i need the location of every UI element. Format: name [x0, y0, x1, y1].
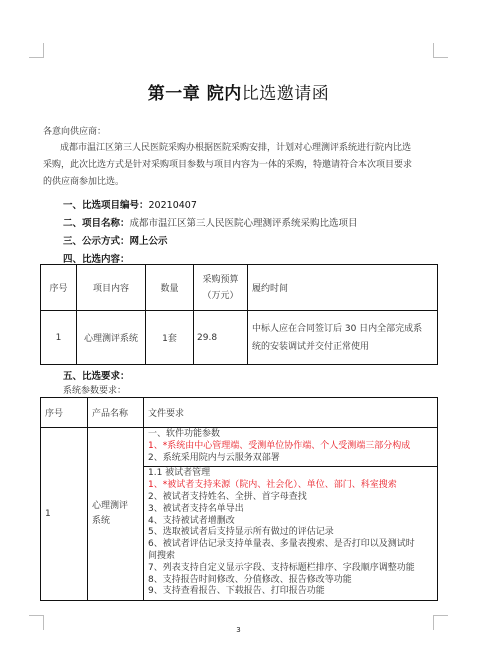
header-index: 序号: [41, 265, 77, 311]
requirements-table-header: 序号 产品名称 文件要求: [41, 398, 438, 428]
table-row: 1 心理测评系统 1套 29.8 中标人应在合同签订后 30 日内全部完成系 统…: [41, 311, 438, 365]
section-publication-method: 三、公示方式：网上公示: [63, 233, 168, 247]
table-row: 1 心理测评 系统 一、软件功能参数 1、*系统由中心管理端、受测单位协作端、个…: [41, 428, 438, 601]
salutation: 各意向供应商：: [43, 124, 106, 141]
header-index: 序号: [41, 398, 88, 428]
intro-line-3: 的供应商参加比选。: [43, 174, 124, 191]
cell-file-requirements: 一、软件功能参数 1、*系统由中心管理端、受测单位协作端、个人受测端三部分构成 …: [144, 428, 438, 601]
cell-item: 心理测评系统: [77, 311, 146, 365]
section-requirements: 五、比选要求：: [63, 368, 130, 382]
page-number: 3: [0, 626, 477, 634]
header-product-name: 产品名称: [88, 398, 144, 428]
content-table-header: 序号 项目内容 数量 采购预算 （万元） 履约时间: [41, 265, 438, 311]
cell-index: 1: [41, 428, 88, 601]
cell-delivery: 中标人应在合同签订后 30 日内全部完成系 统的安装调试并交付正常使用: [248, 311, 438, 365]
cell-product-name: 心理测评 系统: [88, 428, 144, 601]
requirements-table: 序号 产品名称 文件要求 1 心理测评 系统 一、软件功能参数 1、*系统由中心…: [40, 397, 438, 601]
cell-quantity: 1套: [146, 311, 194, 365]
software-function-block: 一、软件功能参数 1、*系统由中心管理端、受测单位协作端、个人受测端三部分构成 …: [144, 428, 437, 466]
title-chapter: 第一章 院内: [148, 84, 242, 104]
section-project-name: 二、项目名称：成都市温江区第三人民医院心理测评系统采购比选项目: [63, 215, 358, 229]
project-number-value: 20210407: [149, 200, 197, 211]
subject-management-block: 1.1 被试者管理 1、*被试者支持来源（院内、社会化）、单位、部门、科室搜索 …: [144, 466, 437, 600]
title-rest: 比选邀请函: [242, 84, 330, 104]
section-content: 四、比选内容：: [63, 251, 130, 265]
cell-index: 1: [41, 311, 77, 365]
content-table: 序号 项目内容 数量 采购预算 （万元） 履约时间 1 心理测评系统 1套 29…: [40, 264, 438, 365]
intro-line-1: 成都市温江区第三人民医院采购办根据医院采购安排，计划对心理测评系统进行院内比选: [60, 140, 411, 157]
section-project-number: 一、比选项目编号：20210407: [63, 197, 197, 211]
header-quantity: 数量: [146, 265, 194, 311]
header-delivery: 履约时间: [248, 265, 438, 311]
intro-line-2: 采购，此次比选方式是针对采购项目参数与项目内容为一体的采购，特邀请符合本次项目要…: [43, 157, 412, 174]
crop-mark-top-left: [29, 43, 44, 58]
header-budget: 采购预算 （万元）: [194, 265, 248, 311]
header-item: 项目内容: [77, 265, 146, 311]
publication-method-value: 网上公示: [130, 236, 168, 247]
page-title: 第一章 院内比选邀请函: [0, 79, 477, 104]
cell-budget: 29.8: [194, 311, 248, 365]
crop-mark-top-right: [433, 43, 448, 58]
header-file-requirements: 文件要求: [144, 398, 438, 428]
project-name-value: 成都市温江区第三人民医院心理测评系统采购比选项目: [130, 218, 358, 229]
